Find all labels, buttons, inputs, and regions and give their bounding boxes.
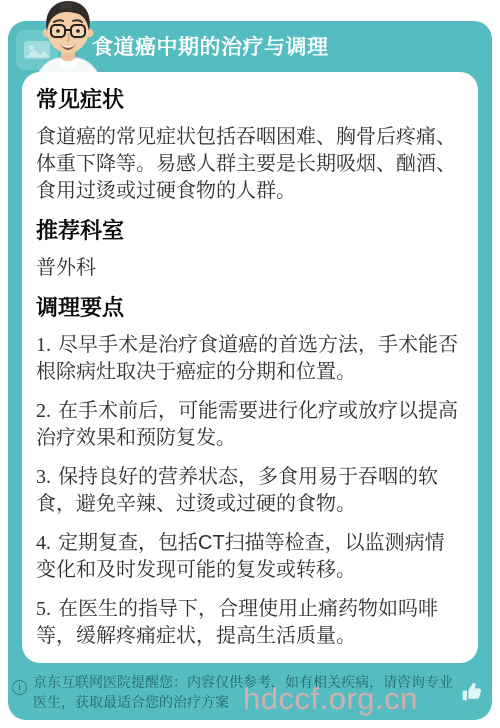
page-title: 食道癌中期的治疗与调理: [92, 31, 329, 61]
care-item-1: 1.尽早手术是治疗食道癌的首选方法，手术能否根除病灶取决于癌症的分期和位置。: [36, 332, 464, 386]
care-item-5-text: 在医生的指导下，合理使用止痛药物如吗啡等，缓解疼痛症状，提高生活质量。: [36, 598, 438, 647]
symptoms-text: 食道癌的常见症状包括吞咽困难、胸骨后疼痛、体重下降等。易感人群主要是长期吸烟、酗…: [36, 124, 464, 205]
care-item-4: 4.定期复查，包括CT扫描等检查，以监测病情变化和及时发现可能的复发或转移。: [36, 530, 464, 584]
care-item-3-number: 3.: [36, 466, 51, 488]
care-item-2-number: 2.: [36, 400, 51, 422]
care-item-5: 5.在医生的指导下，合理使用止痛药物如吗啡等，缓解疼痛症状，提高生活质量。: [36, 596, 464, 650]
thumbs-up-icon: [461, 681, 483, 703]
medical-info-card: 食道癌中期的治疗与调理: [0, 0, 500, 728]
care-item-1-text: 尽早手术是治疗食道癌的首选方法，手术能否根除病灶取决于癌症的分期和位置。: [36, 334, 458, 383]
section-heading-department: 推荐科室: [36, 219, 464, 243]
content-card: 常见症状 食道癌的常见症状包括吞咽困难、胸骨后疼痛、体重下降等。易感人群主要是长…: [22, 72, 478, 663]
care-item-4-text: 定期复查，包括CT扫描等检查，以监测病情变化和及时发现可能的复发或转移。: [36, 532, 445, 581]
info-icon: i: [12, 680, 27, 695]
section-heading-care: 调理要点: [36, 296, 464, 320]
footer: i 京东互联网医院提醒您：内容仅供参考，如有相关疾病，请咨询专业医生，获取最适合…: [8, 672, 492, 720]
thumbs-up-button[interactable]: [461, 681, 483, 703]
care-item-2-text: 在手术前后，可能需要进行化疗或放疗以提高治疗效果和预防复发。: [36, 400, 458, 449]
disclaimer-text: 京东互联网医院提醒您：内容仅供参考，如有相关疾病，请咨询专业医生，获取最适合您的…: [33, 672, 457, 712]
care-item-2: 2.在手术前后，可能需要进行化疗或放疗以提高治疗效果和预防复发。: [36, 398, 464, 452]
care-item-1-number: 1.: [36, 334, 51, 356]
department-text: 普外科: [36, 255, 464, 282]
care-item-4-number: 4.: [36, 532, 51, 554]
care-item-5-number: 5.: [36, 598, 51, 620]
section-heading-symptoms: 常见症状: [36, 88, 464, 112]
care-item-3-text: 保持良好的营养状态，多食用易于吞咽的软食，避免辛辣、过烫或过硬的食物。: [36, 466, 438, 515]
care-item-3: 3.保持良好的营养状态，多食用易于吞咽的软食，避免辛辣、过烫或过硬的食物。: [36, 464, 464, 518]
